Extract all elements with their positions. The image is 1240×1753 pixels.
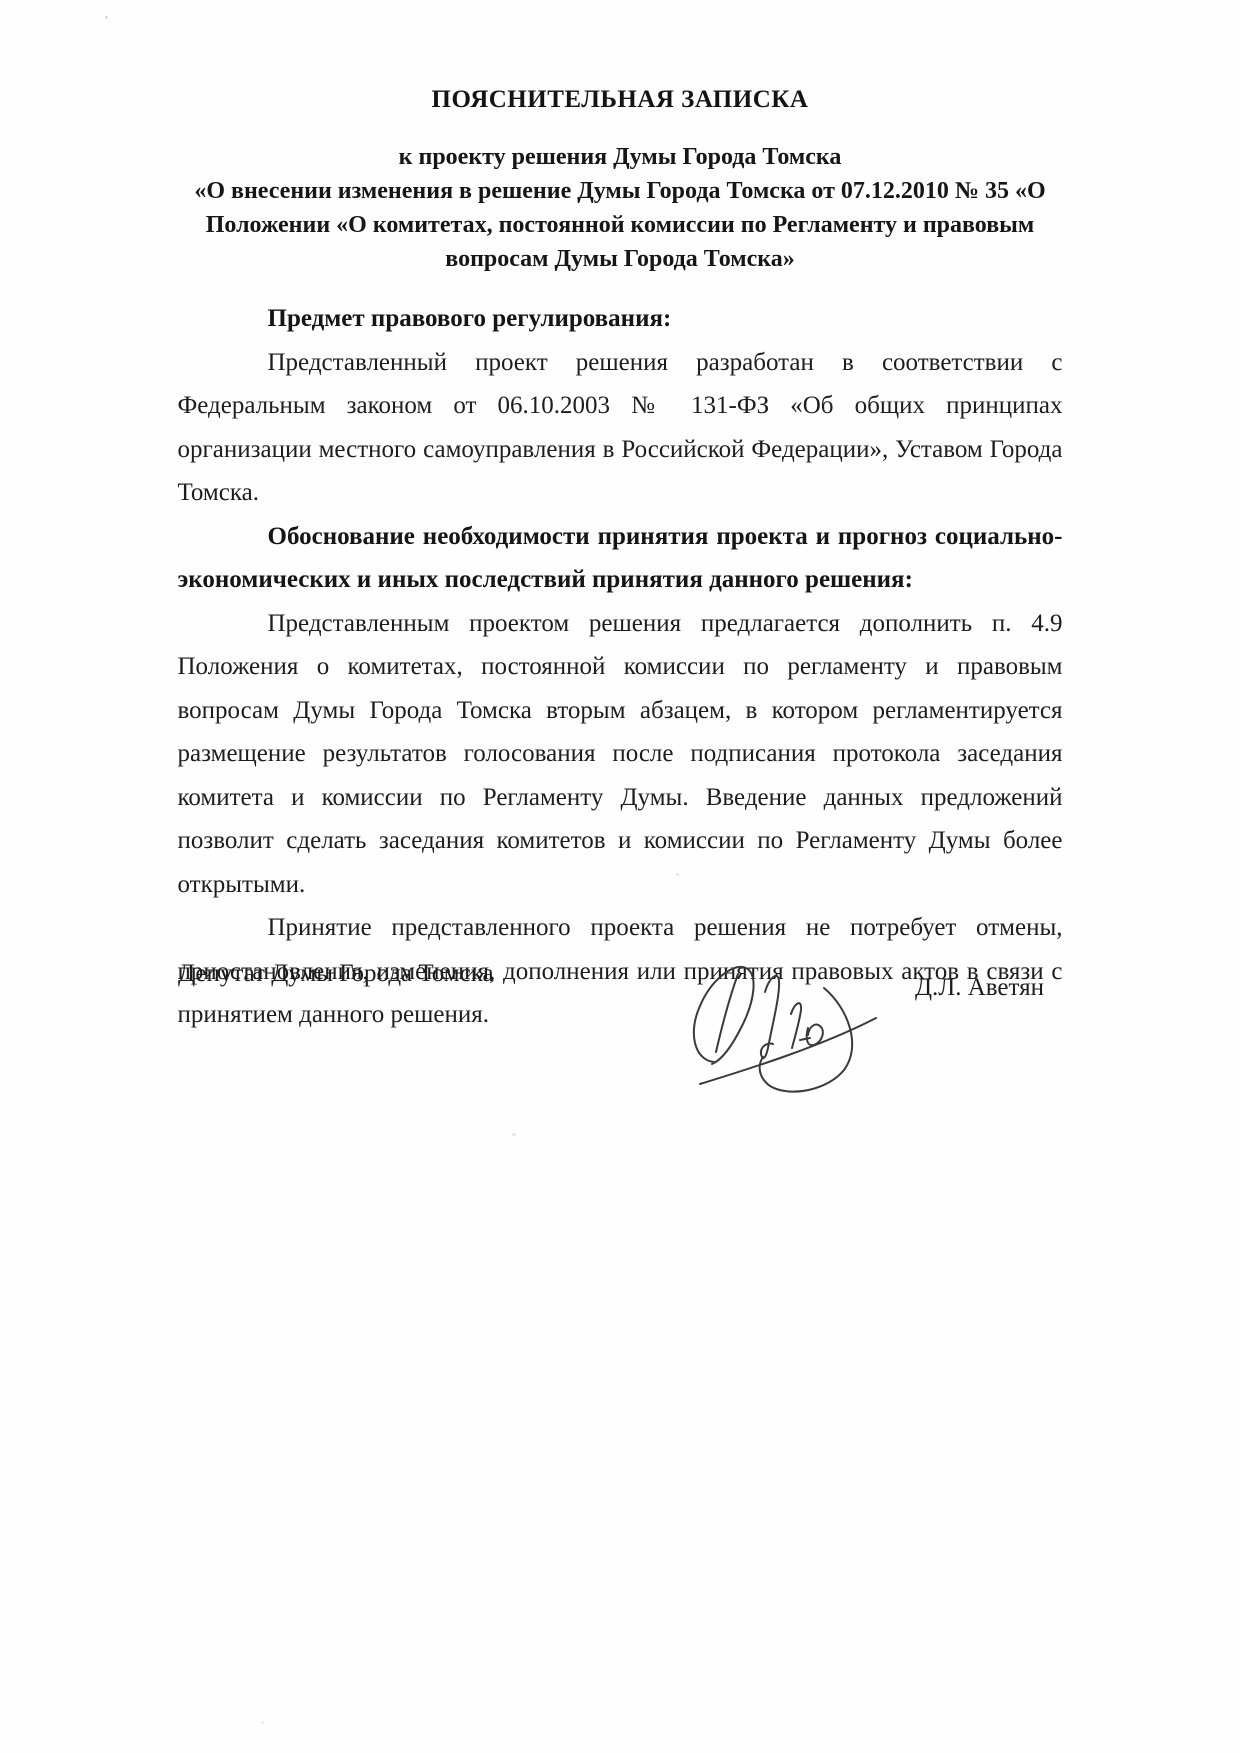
document-subtitle: к проекту решения Думы Города Томска «О … (167, 140, 1073, 276)
scan-speck (261, 1721, 264, 1724)
document-subtitle-project-line: к проекту решения Думы Города Томска (167, 140, 1073, 174)
document-body: Предмет правового регулирования: Предста… (178, 297, 1063, 1037)
scanned-document-page: ПОЯСНИТЕЛЬНАЯ ЗАПИСКА к проекту решения … (0, 0, 1240, 1753)
signature-block: Депутат Думы Города Томска Д.Л. Аветян (0, 952, 1240, 1112)
document-title: ПОЯСНИТЕЛЬНАЯ ЗАПИСКА (0, 0, 1240, 114)
section-heading-justification: Обоснование необходимости принятия проек… (178, 515, 1063, 602)
paragraph-justification-1: Представленным проектом решения предлага… (178, 602, 1063, 907)
section-heading-subject: Предмет правового регулирования: (178, 297, 1063, 341)
handwritten-signature-icon (672, 952, 882, 1102)
scan-speck (676, 873, 679, 876)
paragraph-subject: Представленный проект решения разработан… (178, 341, 1063, 515)
document-decision-title: «О внесении изменения в решение Думы Гор… (167, 174, 1073, 276)
signatory-position: Депутат Думы Города Томска (178, 960, 494, 988)
scan-speck (105, 16, 108, 19)
signatory-name: Д.Л. Аветян (915, 974, 1044, 1002)
scan-speck (512, 1133, 516, 1136)
